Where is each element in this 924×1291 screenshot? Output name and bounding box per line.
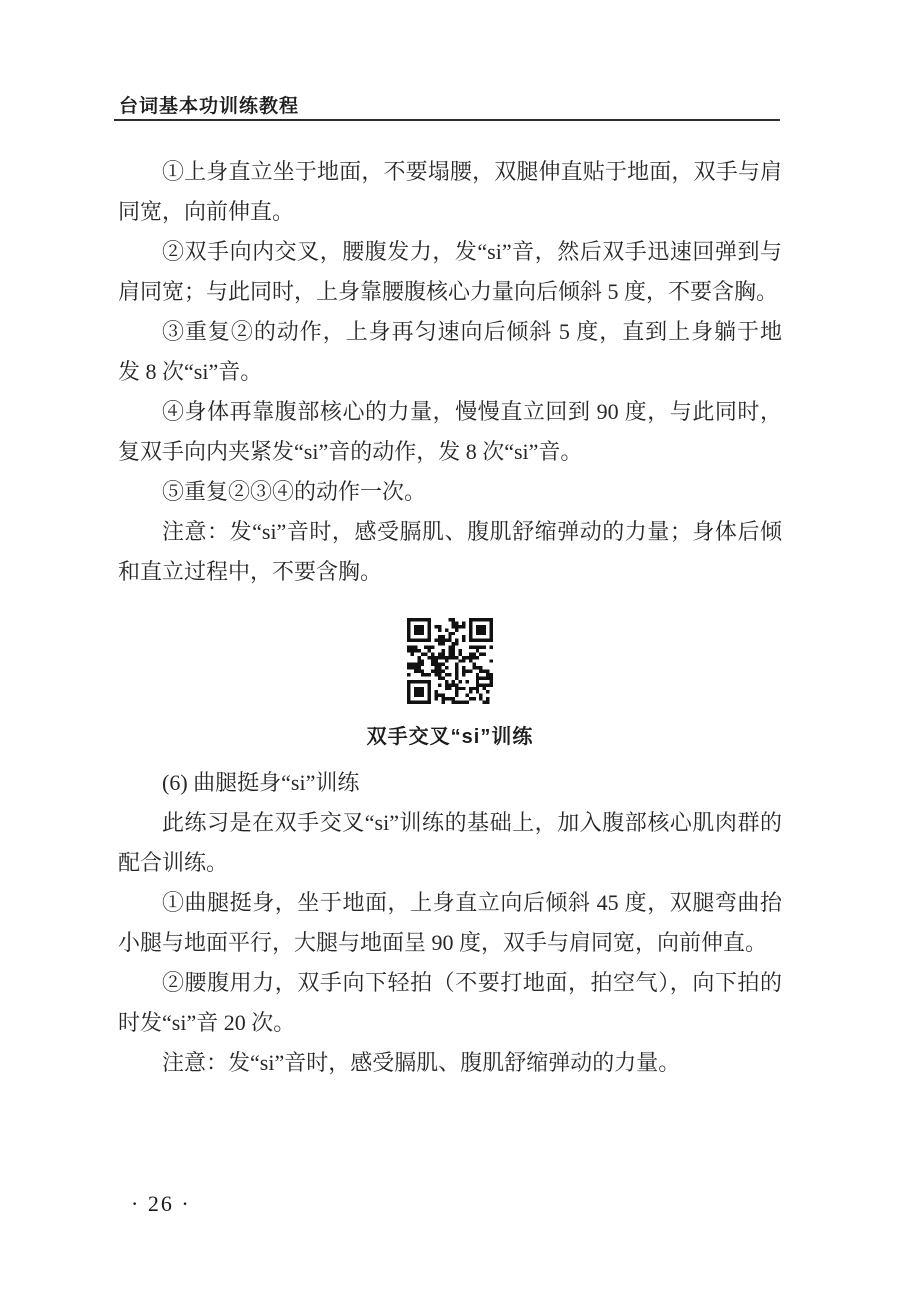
text-line: ②腰腹用力，双手向下轻拍（不要打地面，拍空气），向下拍的同 (118, 963, 782, 1003)
text-line: 肩同宽；与此同时，上身靠腰腹核心力量向后倾斜 5 度，不要含胸。 (118, 272, 782, 312)
header-rule (114, 119, 780, 121)
exercise-6-section: (6) 曲腿挺身“si”训练 此练习是在双手交叉“si”训练的基础上，加入腹部核… (118, 763, 782, 1083)
text-line: 配合训练。 (118, 843, 782, 883)
qr-figure: 双手交叉“si”训练 (118, 618, 782, 749)
text-line: 发 8 次“si”音。 (118, 352, 782, 392)
page-number: · 26 · (131, 1191, 191, 1217)
exercise-steps-section: ①上身直立坐于地面，不要塌腰，双腿伸直贴于地面，双手与肩 同宽，向前伸直。 ②双… (118, 152, 782, 592)
running-header-title: 台词基本功训练教程 (119, 91, 299, 118)
paragraph: ②腰腹用力，双手向下轻拍（不要打地面，拍空气），向下拍的同 时发“si”音 20… (118, 963, 782, 1043)
paragraph: ⑤重复②③④的动作一次。 (118, 472, 782, 512)
text-line: ②双手向内交叉，腰腹发力，发“si”音，然后双手迅速回弹到与 (118, 232, 782, 272)
text-line: 注意：发“si”音时，感受膈肌、腹肌舒缩弹动的力量。 (118, 1043, 782, 1083)
qr-caption: 双手交叉“si”训练 (118, 720, 782, 749)
paragraph: ④身体再靠腹部核心的力量，慢慢直立回到 90 度，与此同时，重 复双手向内夹紧发… (118, 392, 782, 472)
text-line: ④身体再靠腹部核心的力量，慢慢直立回到 90 度，与此同时，重 (118, 392, 782, 432)
paragraph: ①上身直立坐于地面，不要塌腰，双腿伸直贴于地面，双手与肩 同宽，向前伸直。 (118, 152, 782, 232)
qr-code (407, 618, 493, 704)
text-line: 时发“si”音 20 次。 (118, 1003, 782, 1043)
text-line: 此练习是在双手交叉“si”训练的基础上，加入腹部核心肌肉群的 (118, 803, 782, 843)
text-line: ⑤重复②③④的动作一次。 (118, 472, 782, 512)
text-line: 小腿与地面平行，大腿与地面呈 90 度，双手与肩同宽，向前伸直。 (118, 923, 782, 963)
paragraph: 此练习是在双手交叉“si”训练的基础上，加入腹部核心肌肉群的 配合训练。 (118, 803, 782, 883)
qr-svg (407, 618, 493, 704)
text-line: 和直立过程中，不要含胸。 (118, 552, 782, 592)
text-line: 同宽，向前伸直。 (118, 192, 782, 232)
paragraph: ①曲腿挺身，坐于地面，上身直立向后倾斜 45 度，双腿弯曲抬起， 小腿与地面平行… (118, 883, 782, 963)
book-page: 台词基本功训练教程 ①上身直立坐于地面，不要塌腰，双腿伸直贴于地面，双手与肩 同… (0, 0, 924, 1291)
text-line: 复双手向内夹紧发“si”音的动作，发 8 次“si”音。 (118, 432, 782, 472)
paragraph: 注意：发“si”音时，感受膈肌、腹肌舒缩弹动的力量；身体后倾 和直立过程中，不要… (118, 512, 782, 592)
paragraph: ③重复②的动作，上身再匀速向后倾斜 5 度，直到上身躺于地面， 发 8 次“si… (118, 312, 782, 392)
text-line: 注意：发“si”音时，感受膈肌、腹肌舒缩弹动的力量；身体后倾 (118, 512, 782, 552)
section-heading: (6) 曲腿挺身“si”训练 (118, 763, 782, 803)
paragraph: 注意：发“si”音时，感受膈肌、腹肌舒缩弹动的力量。 (118, 1043, 782, 1083)
text-line: ①曲腿挺身，坐于地面，上身直立向后倾斜 45 度，双腿弯曲抬起， (118, 883, 782, 923)
text-line: ③重复②的动作，上身再匀速向后倾斜 5 度，直到上身躺于地面， (118, 312, 782, 352)
text-line: ①上身直立坐于地面，不要塌腰，双腿伸直贴于地面，双手与肩 (118, 152, 782, 192)
paragraph: ②双手向内交叉，腰腹发力，发“si”音，然后双手迅速回弹到与 肩同宽；与此同时，… (118, 232, 782, 312)
